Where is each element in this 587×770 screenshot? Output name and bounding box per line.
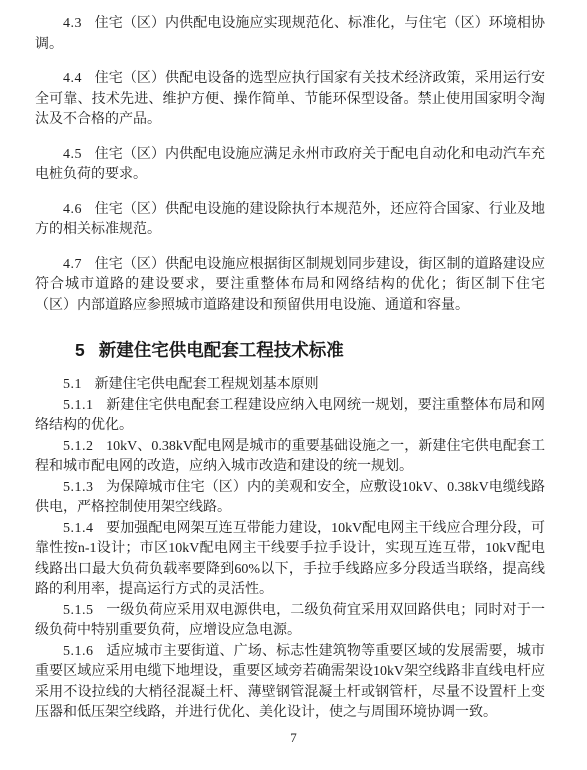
- section-5-number: 5: [75, 340, 85, 360]
- clause-4-5: 4.5住宅（区）内供配电设施应满足永州市政府关于配电自动化和电动汽车充电桩负荷的…: [35, 145, 545, 186]
- clause-4-4: 4.4住宅（区）供配电设备的选型应执行国家有关技术经济政策，采用运行安全可靠、技…: [35, 69, 545, 131]
- clause-4-4-number: 4.4: [63, 71, 82, 86]
- clause-5-1-2-number: 5.1.2: [63, 439, 94, 454]
- page-number: 7: [0, 728, 587, 749]
- clause-4-5-text: 住宅（区）内供配电设施应满足永州市政府关于配电自动化和电动汽车充电桩负荷的要求。: [35, 147, 545, 183]
- document-page: 4.3住宅（区）内供配电设施应实现规范化、标准化，与住宅（区）环境相协调。 4.…: [0, 0, 587, 770]
- clause-4-7-number: 4.7: [63, 257, 82, 272]
- clause-4-7: 4.7住宅（区）供配电设施应根据街区制规划同步建设，街区制的道路建设应符合城市道…: [35, 255, 545, 317]
- clause-5-1-4-number: 5.1.4: [63, 521, 94, 536]
- clause-4-6: 4.6住宅（区）供配电设施的建设除执行本规范外，还应符合国家、行业及地方的相关标…: [35, 200, 545, 241]
- clause-5-1-5-text: 一级负荷应采用双电源供电，二级负荷宜采用双回路供电；同时对于一级负荷中特别重要负…: [35, 603, 545, 639]
- clause-4-4-text: 住宅（区）供配电设备的选型应执行国家有关技术经济政策，采用运行安全可靠、技术先进…: [35, 71, 545, 127]
- clause-4-6-text: 住宅（区）供配电设施的建设除执行本规范外，还应符合国家、行业及地方的相关标准规范…: [35, 202, 545, 238]
- clause-5-1: 5.1新建住宅供电配套工程规划基本原则: [35, 375, 545, 396]
- clause-4-5-number: 4.5: [63, 147, 82, 162]
- clause-4-6-number: 4.6: [63, 202, 82, 217]
- clause-4-3-number: 4.3: [63, 16, 82, 31]
- section-5-heading: 5新建住宅供电配套工程技术标准: [35, 338, 545, 362]
- clause-5-1-3: 5.1.3为保障城市住宅（区）内的美观和安全，应敷设10kV、0.38kV电缆线…: [35, 478, 545, 519]
- clause-5-1-6: 5.1.6适应城市主要街道、广场、标志性建筑物等重要区域的发展需要，城市重要区域…: [35, 642, 545, 724]
- clause-5-1-6-text: 适应城市主要街道、广场、标志性建筑物等重要区域的发展需要，城市重要区域应采用电缆…: [35, 644, 545, 721]
- clause-5-1-1-number: 5.1.1: [63, 398, 94, 413]
- clause-5-1-2: 5.1.210kV、0.38kV配电网是城市的重要基础设施之一，新建住宅供电配套…: [35, 437, 545, 478]
- clause-5-1-4-text: 要加强配电网架互连互带能力建设，10kV配电网主干线应合理分段，可靠性按n-1设…: [35, 521, 545, 598]
- clause-5-1-3-text: 为保障城市住宅（区）内的美观和安全，应敷设10kV、0.38kV电缆线路供电，严…: [35, 480, 545, 516]
- clause-5-1-1: 5.1.1新建住宅供电配套工程建设应纳入电网统一规划，要注重整体布局和网络结构的…: [35, 396, 545, 437]
- clause-4-7-text: 住宅（区）供配电设施应根据街区制规划同步建设，街区制的道路建设应符合城市道路的建…: [35, 257, 545, 313]
- clause-4-3-text: 住宅（区）内供配电设施应实现规范化、标准化，与住宅（区）环境相协调。: [35, 16, 545, 52]
- clause-4-3: 4.3住宅（区）内供配电设施应实现规范化、标准化，与住宅（区）环境相协调。: [35, 14, 545, 55]
- section-5-title: 新建住宅供电配套工程技术标准: [99, 340, 344, 360]
- clause-5-1-6-number: 5.1.6: [63, 644, 94, 659]
- clause-5-1-5: 5.1.5一级负荷应采用双电源供电，二级负荷宜采用双回路供电；同时对于一级负荷中…: [35, 601, 545, 642]
- clause-5-1-1-text: 新建住宅供电配套工程建设应纳入电网统一规划，要注重整体布局和网络结构的优化。: [35, 398, 545, 434]
- clause-5-1-4: 5.1.4要加强配电网架互连互带能力建设，10kV配电网主干线应合理分段，可靠性…: [35, 519, 545, 601]
- clause-5-1-number: 5.1: [63, 377, 82, 392]
- clause-5-1-text: 新建住宅供电配套工程规划基本原则: [95, 377, 319, 392]
- clause-5-1-3-number: 5.1.3: [63, 480, 94, 495]
- clause-5-1-5-number: 5.1.5: [63, 603, 94, 618]
- clause-5-1-2-text: 10kV、0.38kV配电网是城市的重要基础设施之一，新建住宅供电配套工程和城市…: [35, 439, 545, 475]
